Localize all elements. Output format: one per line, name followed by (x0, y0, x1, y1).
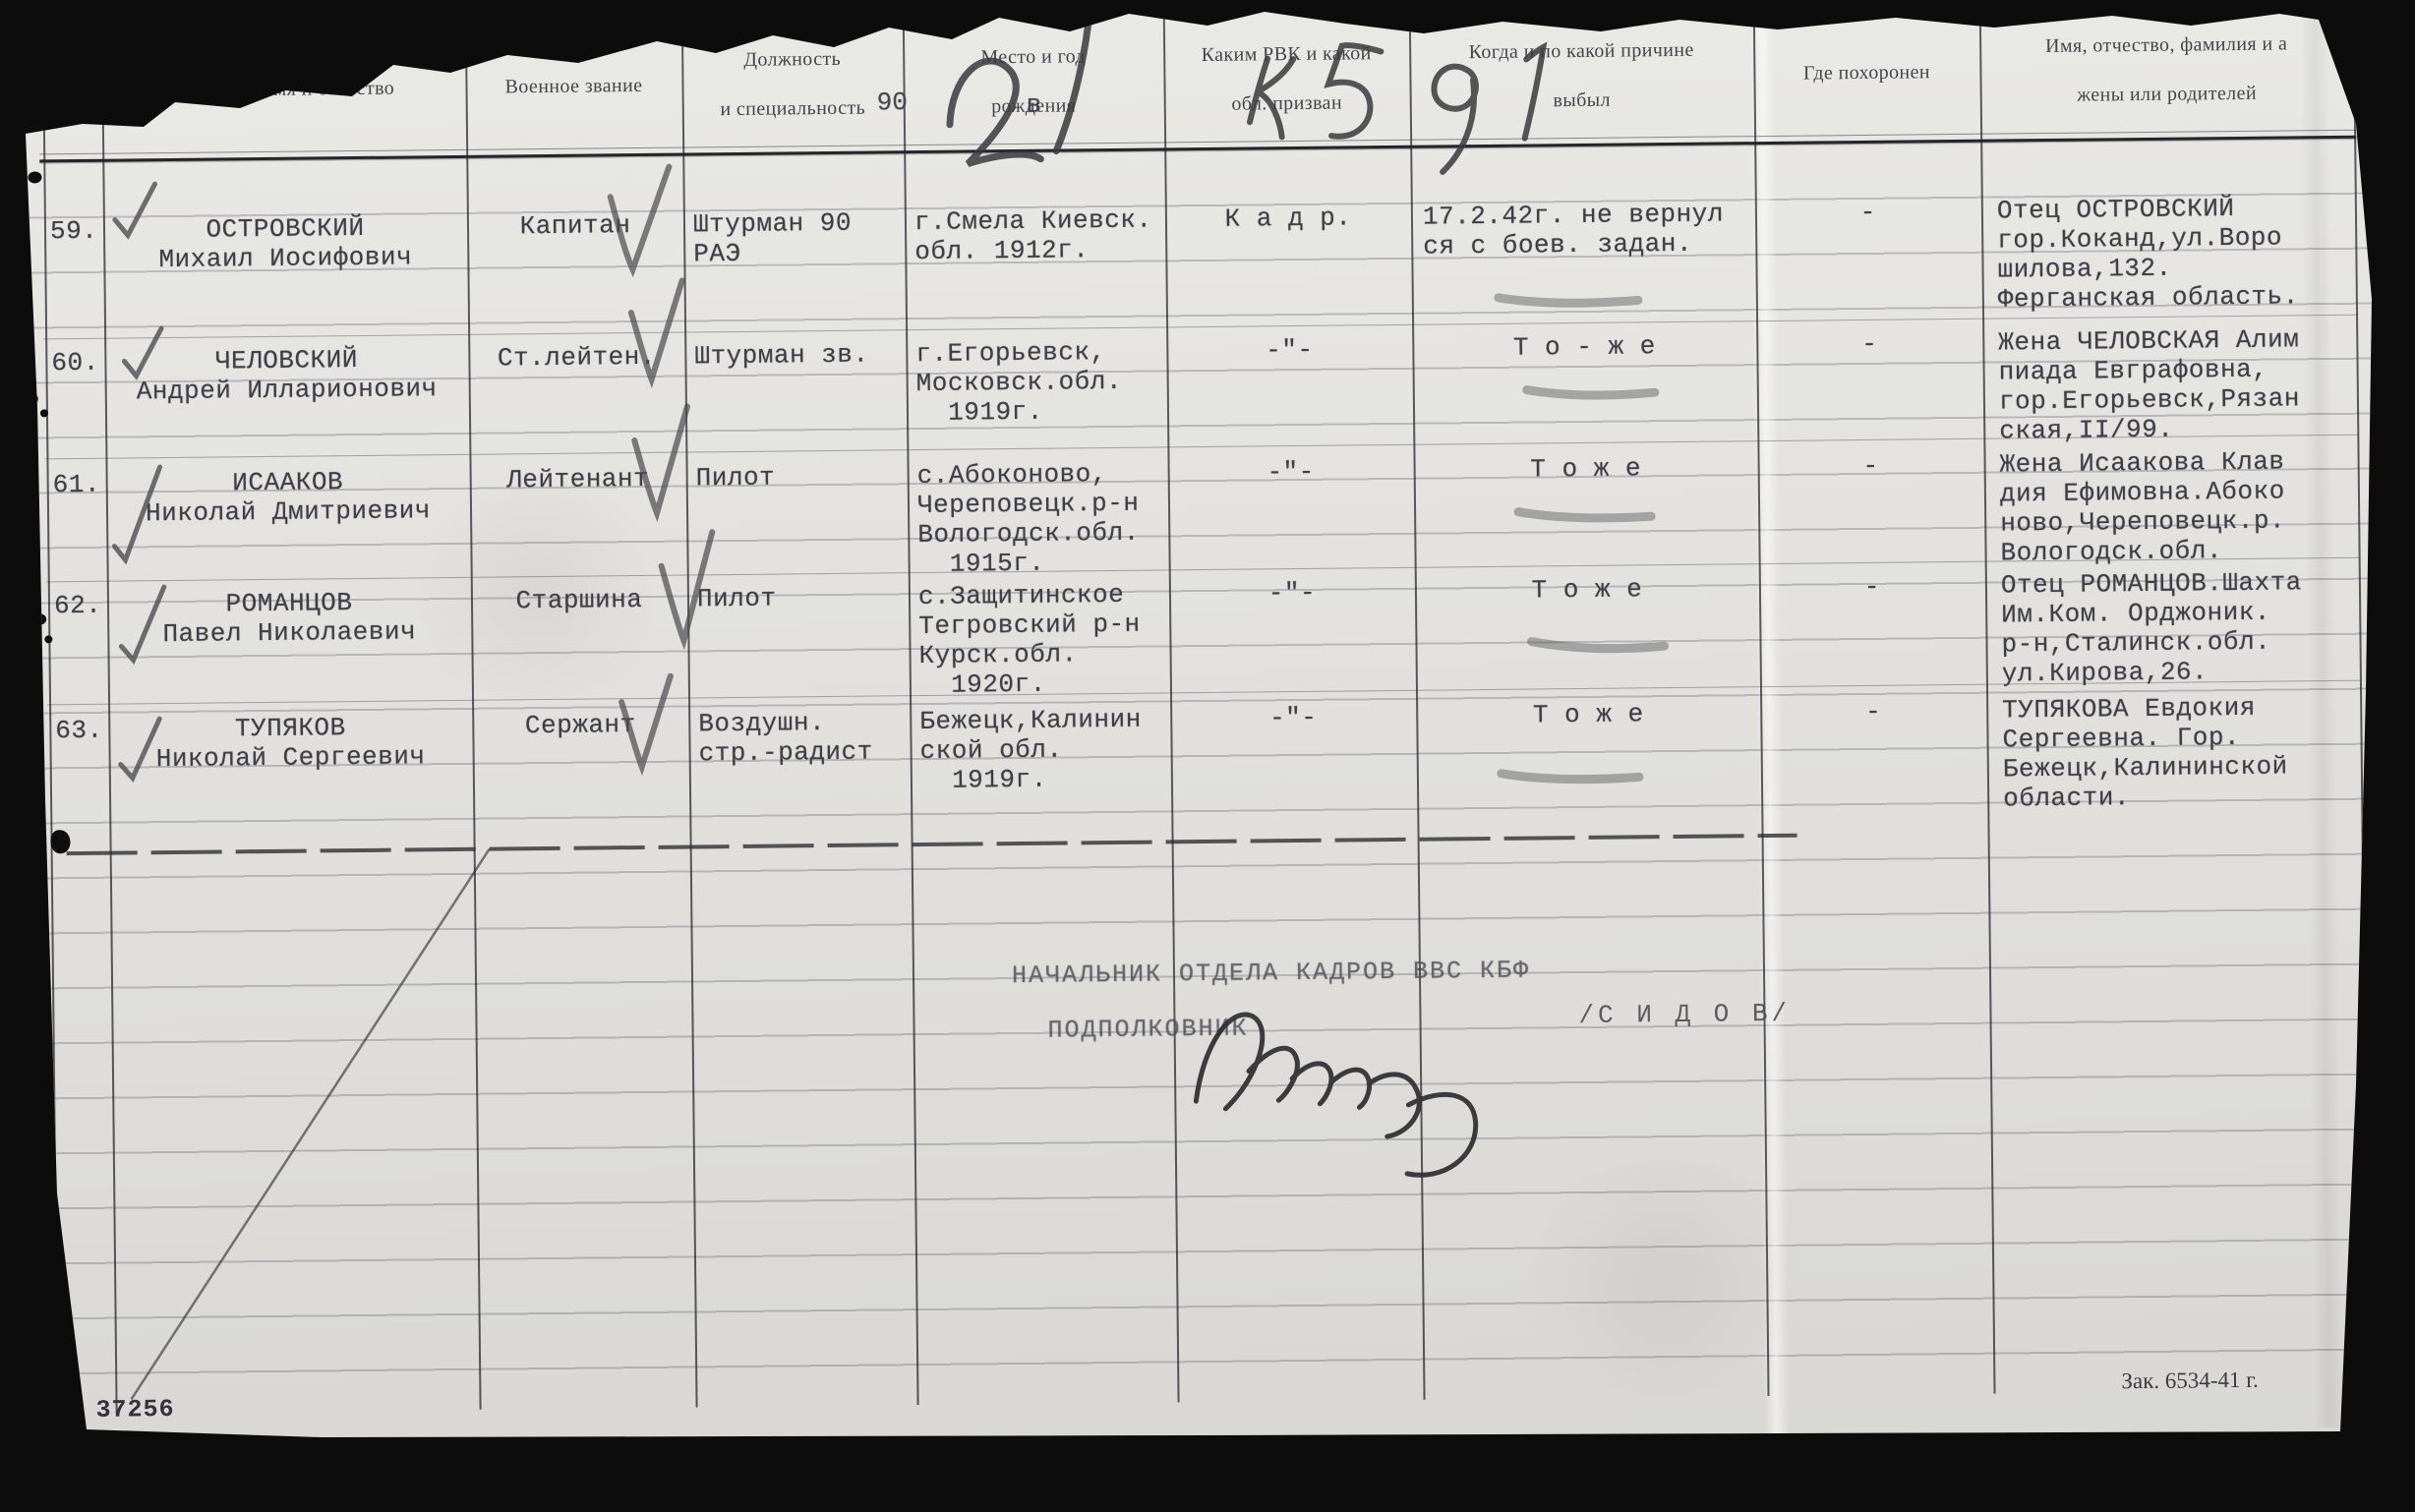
cell-num: 63. (49, 704, 110, 850)
cell-position: Воздушн. стр.-радист (688, 695, 912, 843)
document-layer: №№ п/п. Фамилия, имя и отчество Военное … (19, 0, 2393, 1452)
cell-position: Штурман зв. (684, 329, 907, 451)
cell-num: 60. (45, 338, 105, 459)
cell-birth: г.Егорьевск, Московск.обл. 1919г. (906, 326, 1167, 449)
header-reason: Когда и по какой причине выбыл (1409, 4, 1754, 147)
cell-num: 59. (43, 161, 104, 339)
cell-rank: Лейтенант (469, 452, 686, 577)
archive-number-stamp: 37256 (95, 1395, 174, 1425)
cell-name: ОСТРОВСКИЙ Михаил Иосифович (102, 157, 468, 338)
cell-family: Отец ОСТРОВСКИЙ гор.Коканд,ул.Воро шилов… (1980, 138, 2356, 319)
cell-buried: - (1760, 684, 1988, 832)
cell-reason: Т о ж е (1416, 686, 1762, 836)
header-position: Должность и специальность (681, 13, 904, 154)
cell-buried: - (1759, 561, 1986, 686)
cell-birth: Бежецк,Калинин ской обл. 1919г. (910, 692, 1172, 841)
header-name: Фамилия, имя и отчество (101, 18, 466, 161)
cell-family: Жена ЧЕЛОВСКАЯ Алим пиада Евграфовна, го… (1982, 315, 2357, 438)
paper-hole (43, 1256, 54, 1266)
print-order-code: Зак. 6534-41 г. (2121, 1367, 2259, 1394)
casualty-table: №№ п/п. Фамилия, имя и отчество Военное … (42, 0, 2362, 849)
cell-reason: Т о - ж е (1412, 320, 1757, 444)
cell-birth: с.Абоконово, Череповецк.р-н Вологодск.об… (907, 446, 1168, 572)
cell-rvk: -"- (1170, 690, 1418, 839)
cell-birth: с.Защитинское Тегровский р-н Курск.обл. … (909, 569, 1170, 695)
header-num: №№ п/п. (42, 22, 102, 162)
paper-hole (27, 393, 38, 404)
paper-tear (50, 830, 70, 853)
cell-rank: Сержант (472, 698, 690, 845)
cell-rank: Капитан (466, 155, 684, 334)
cell-name: РОМАНЦОВ Павел Николаевич (107, 577, 472, 704)
cell-name: ЧЕЛОВСКИЙ Андрей Илларионович (104, 334, 469, 458)
cell-num: 61. (46, 458, 106, 582)
cell-position: Штурман 90 РАЭ (682, 152, 906, 331)
header-birth: Место и год рождения (903, 10, 1164, 152)
cell-rank: Ст.лейтен. (468, 332, 685, 454)
cell-rank: Старшина (471, 575, 688, 700)
cell-rvk: -"- (1169, 567, 1416, 693)
cell-buried: - (1754, 142, 1982, 320)
signature-rank: ПОДПОЛКОВНИК (1047, 1015, 1248, 1045)
paper-sheet: №№ п/п. Фамилия, имя и отчество Военное … (26, 4, 2386, 1439)
cell-rvk: -"- (1166, 324, 1413, 447)
cell-buried: - (1757, 438, 1984, 563)
paper-hole (33, 1046, 51, 1062)
header-rvk: Каким РВК и какой обл. призван (1163, 8, 1410, 150)
paper-hole (28, 171, 41, 183)
cell-name: ИСААКОВ Николай Дмитриевич (105, 454, 470, 581)
paper-hole (44, 635, 52, 643)
cell-family: Отец РОМАНЦОВ.Шахта Им.Ком. Орджоник. р-… (1985, 557, 2360, 684)
header-rank: Военное звание (465, 16, 682, 157)
header-buried: Где похоронен (1753, 2, 1980, 144)
cell-position: Пилот (685, 449, 908, 574)
cell-family: ТУПЯКОВА Евдокия Сергеевна. Гор. Бежецк,… (1986, 680, 2362, 830)
paper-hole (34, 613, 46, 624)
cell-buried: - (1756, 319, 1983, 440)
cell-family: Жена Исаакова Клав дия Ефимовна.Абоко но… (1983, 435, 2358, 561)
cell-reason: Т о ж е (1413, 440, 1758, 567)
cell-rvk: -"- (1167, 444, 1414, 570)
signature-title: НАЧАЛЬНИК ОТДЕЛА КАДРОВ ВВС КБФ (1012, 957, 1530, 991)
typed-fragment: 90 (877, 87, 909, 117)
typed-fragment: в (1027, 90, 1042, 120)
cell-reason: 17.2.42г. не вернул ся с боев. задан. (1410, 144, 1756, 324)
paper-hole (40, 409, 48, 417)
cell-rvk: К а д р. (1164, 147, 1412, 327)
header-family: Имя, отчество, фамилия и а жены или роди… (1979, 0, 2354, 142)
cell-reason: Т о ж е (1415, 563, 1760, 690)
signature-name: /С И Д О В/ (1578, 999, 1791, 1030)
scan-background: №№ п/п. Фамилия, имя и отчество Военное … (0, 0, 2415, 1512)
cell-name: ТУПЯКОВ Николай Сергеевич (108, 700, 474, 849)
cell-num: 62. (48, 581, 108, 705)
cell-birth: г.Смела Киевск. обл. 1912г. (904, 149, 1166, 329)
cell-position: Пилот (687, 572, 910, 697)
